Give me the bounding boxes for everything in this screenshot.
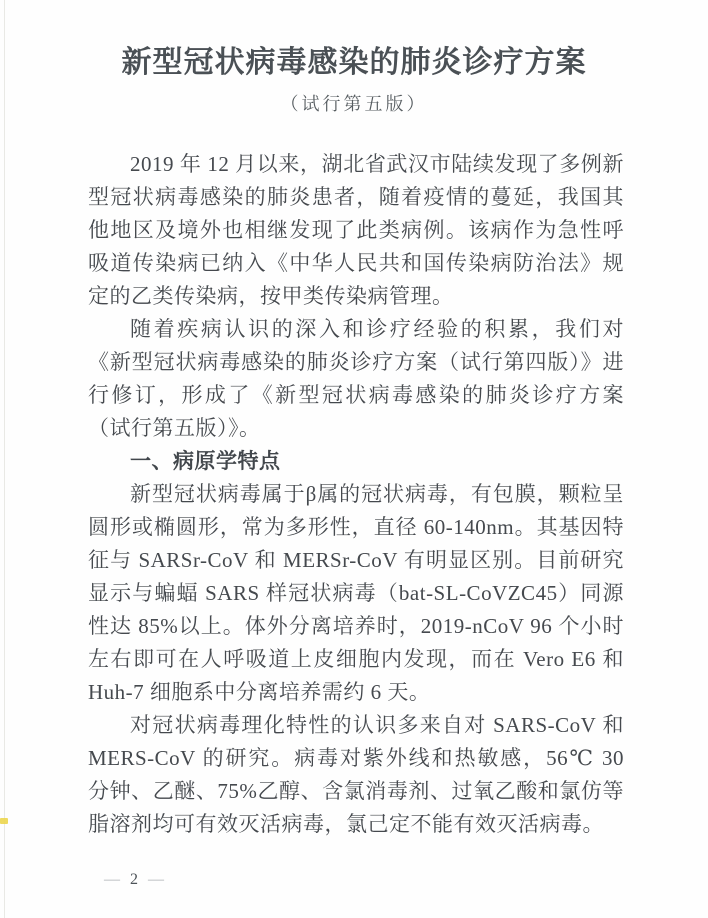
footer-dash-right: — [148,870,164,890]
paragraph-intro-outbreak: 2019 年 12 月以来，湖北省武汉市陆续发现了多例新型冠状病毒感染的肺炎患者… [88,148,624,313]
paragraph-physicochemical-properties: 对冠状病毒理化特性的认识多来自对 SARS-CoV 和 MERS-CoV 的研究… [88,709,624,841]
page-footer: — 2 — [104,870,164,890]
document-body: 2019 年 12 月以来，湖北省武汉市陆续发现了多例新型冠状病毒感染的肺炎患者… [88,148,624,841]
section-heading-etiology: 一、病原学特点 [88,445,624,478]
document-title: 新型冠状病毒感染的肺炎诊疗方案 [0,0,708,82]
highlighter-fleck [0,818,8,824]
paragraph-revision-note: 随着疾病认识的深入和诊疗经验的积累，我们对《新型冠状病毒感染的肺炎诊疗方案（试行… [88,313,624,445]
scanned-document-page: 新型冠状病毒感染的肺炎诊疗方案 （试行第五版） 2019 年 12 月以来，湖北… [0,0,708,918]
paragraph-virus-characteristics: 新型冠状病毒属于β属的冠状病毒，有包膜，颗粒呈圆形或椭圆形，常为多形性，直径 6… [88,478,624,709]
footer-dash-left: — [104,870,120,890]
scan-edge-line [4,0,5,918]
document-subtitle: （试行第五版） [0,82,708,116]
page-number: 2 [130,870,138,890]
